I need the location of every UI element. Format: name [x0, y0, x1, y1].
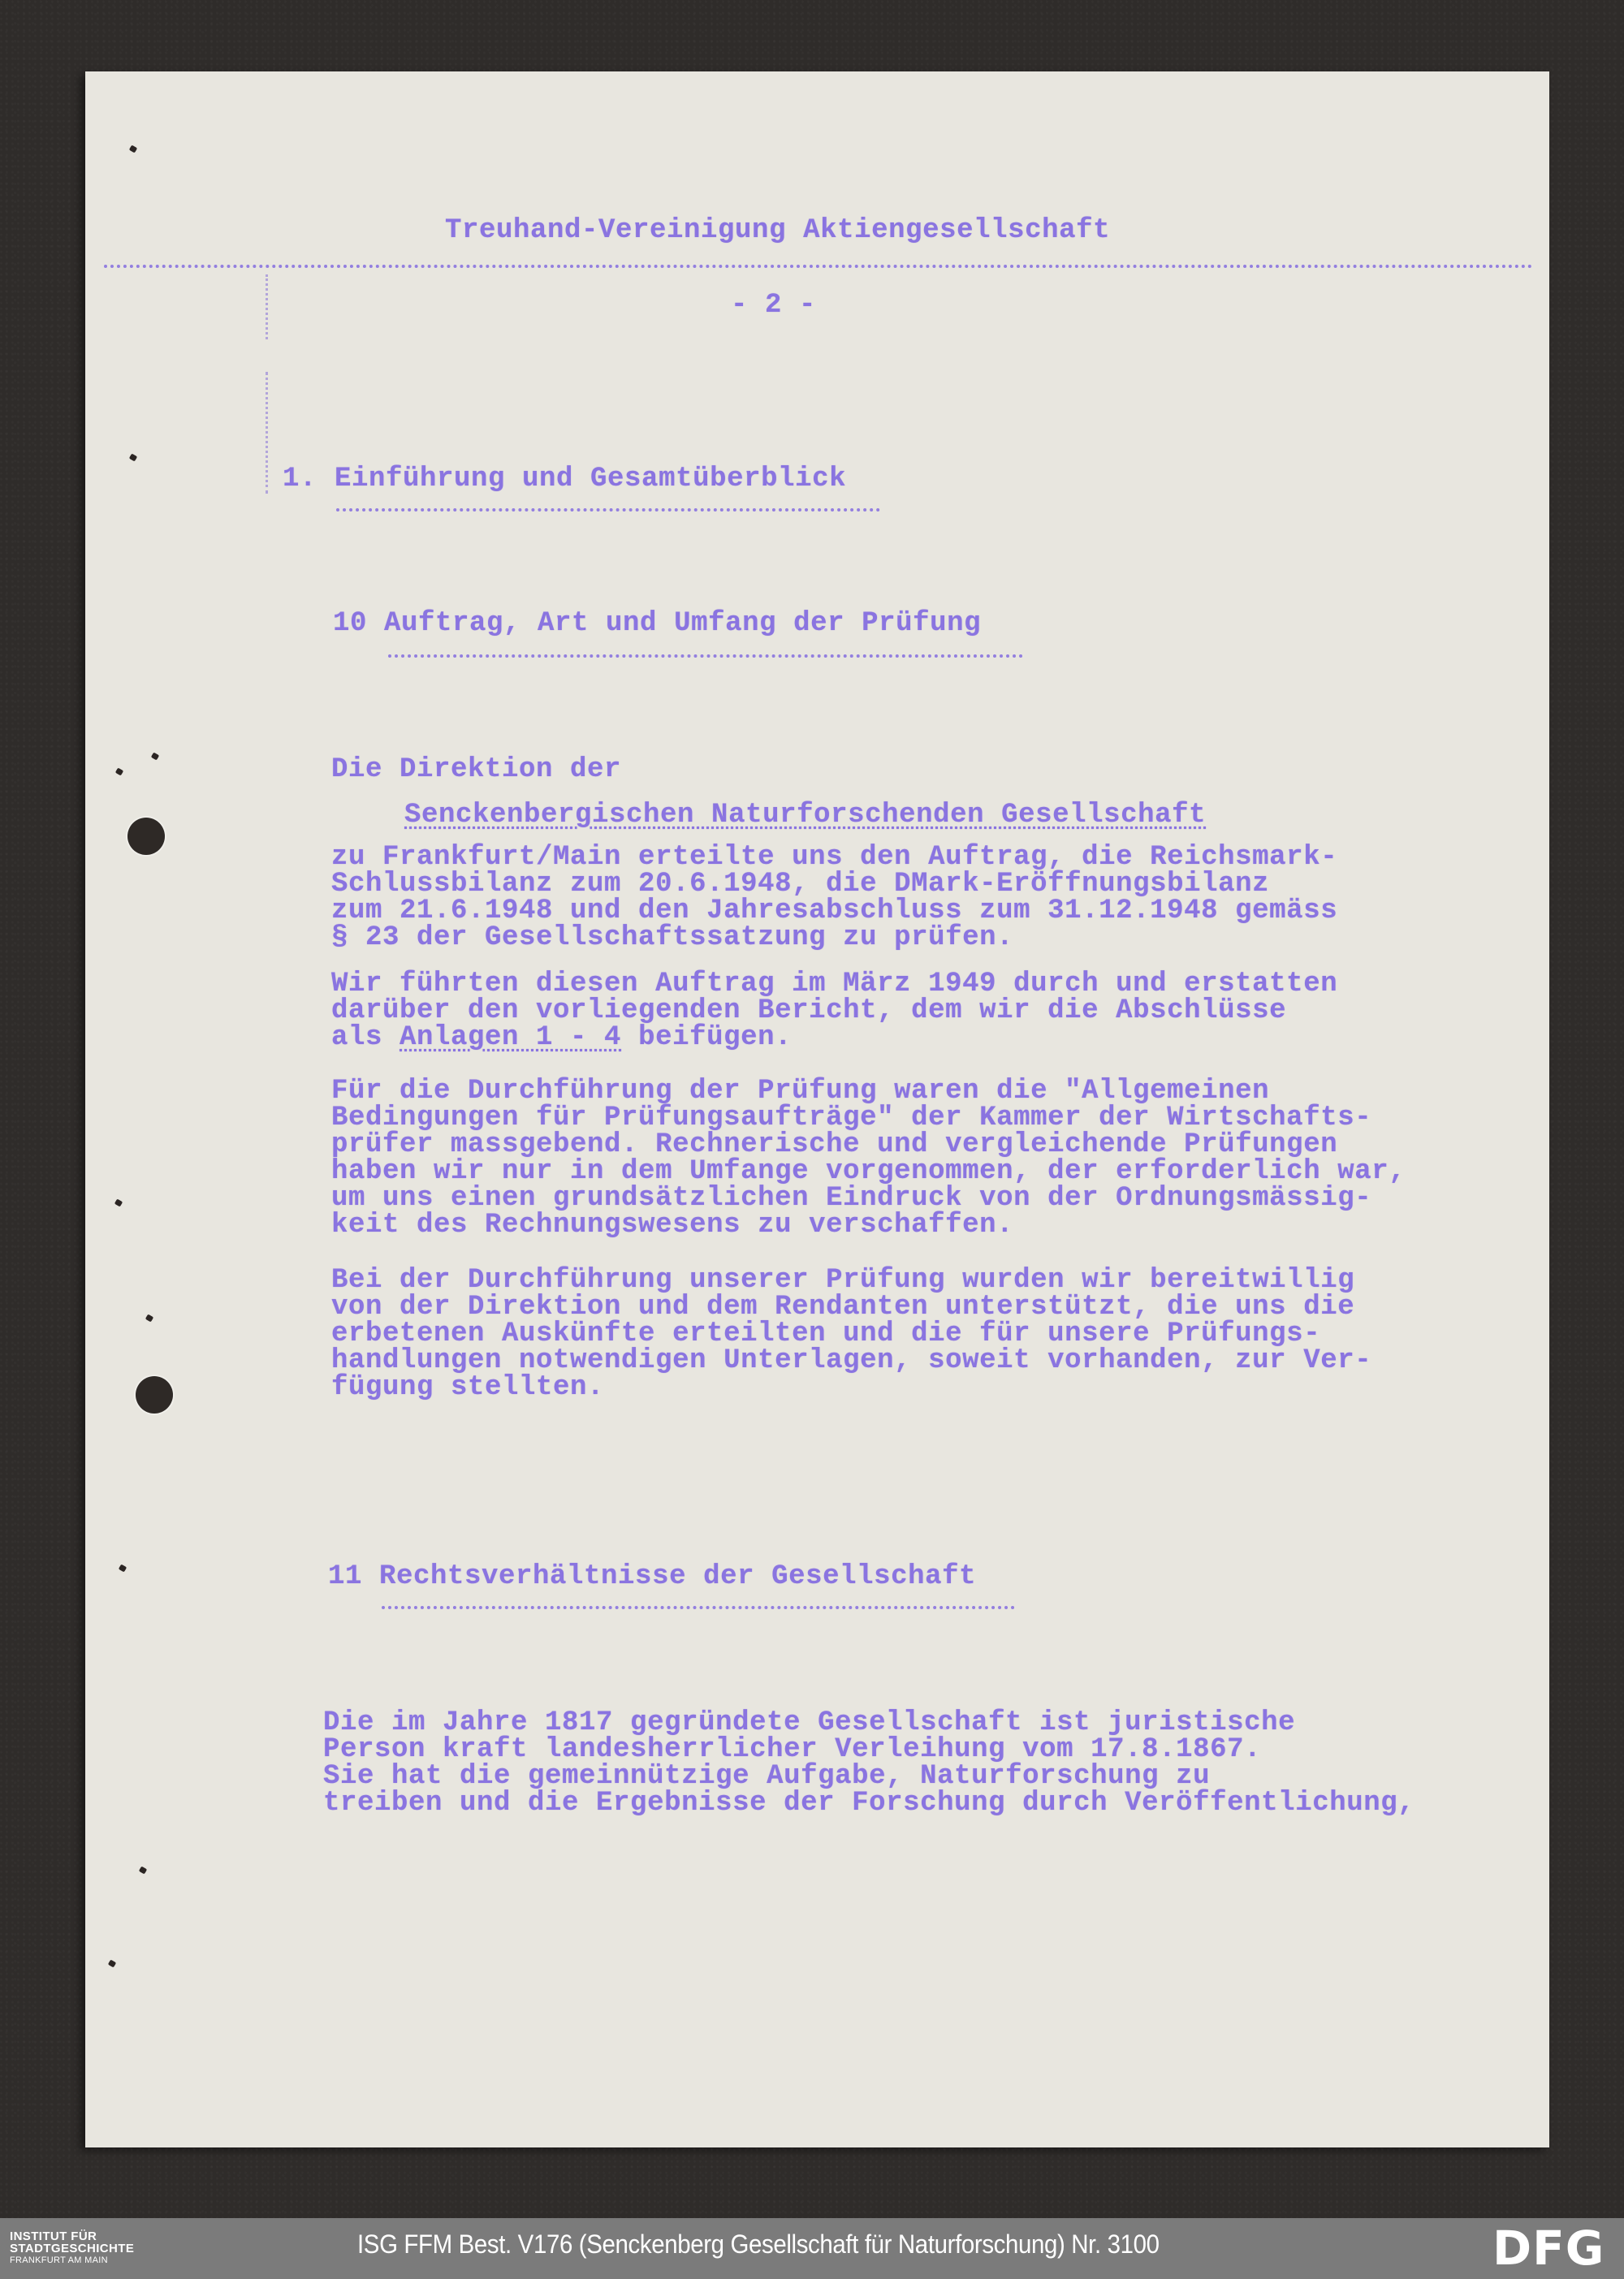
margin-speck — [151, 752, 159, 760]
margin-speck — [115, 767, 123, 775]
section-title-rule — [336, 508, 880, 511]
paragraph-line: Bei der Durchführung unserer Prüfung wur… — [331, 1267, 1354, 1294]
paragraph-line: Sie hat die gemeinnützige Aufgabe, Natur… — [323, 1763, 1210, 1790]
margin-speck — [108, 1959, 116, 1967]
paragraph-line: Wir führten diesen Auftrag im März 1949 … — [331, 971, 1337, 998]
paragraph-line: fügung stellten. — [331, 1375, 604, 1401]
archive-footer: INSTITUT FÜR STADTGESCHICHTE FRANKFURT A… — [0, 2218, 1624, 2279]
paragraph-line: haben wir nur in dem Umfange vorgenommen… — [331, 1159, 1406, 1185]
paragraph-line: Bedingungen für Prüfungsaufträge" der Ka… — [331, 1105, 1371, 1132]
paragraph-line: Schlussbilanz zum 20.6.1948, die DMark-E… — [331, 871, 1269, 898]
paragraph-line: als Anlagen 1 - 4 beifügen. — [331, 1025, 792, 1051]
paragraph-line: von der Direktion und dem Rendanten unte… — [331, 1294, 1354, 1321]
paragraph-line: Person kraft landesherrlicher Verleihung… — [323, 1737, 1261, 1763]
margin-speck — [145, 1314, 153, 1322]
paragraph-line: zum 21.6.1948 und den Jahresabschluss zu… — [331, 898, 1337, 925]
margin-dotted-mark — [266, 274, 270, 339]
paragraph-line: prüfer massgebend. Rechnerische und verg… — [331, 1132, 1337, 1159]
institution-line-3: FRANKFURT AM MAIN — [10, 2255, 134, 2267]
line-suffix: beifügen. — [621, 1022, 792, 1053]
paragraph-line: zu Frankfurt/Main erteilte uns den Auftr… — [331, 844, 1337, 871]
section-title: Einführung und Gesamtüberblick — [335, 466, 846, 493]
margin-speck — [129, 453, 137, 461]
attachments-reference: Anlagen 1 - 4 — [400, 1022, 621, 1053]
paragraph-line: keit des Rechnungswesens zu verschaffen. — [331, 1212, 1013, 1239]
margin-speck — [139, 1866, 147, 1874]
archive-citation: ISG FFM Best. V176 (Senckenberg Gesellsc… — [357, 2229, 1160, 2260]
paragraph-line: § 23 der Gesellschaftssatzung zu prüfen. — [331, 925, 1013, 952]
paragraph-line: Die im Jahre 1817 gegründete Gesellschaf… — [323, 1710, 1295, 1737]
margin-dotted-mark — [266, 372, 270, 494]
paragraph-line: um uns einen grundsätzlichen Eindruck vo… — [331, 1185, 1371, 1212]
letterhead-rule — [104, 265, 1533, 268]
paragraph-line: Für die Durchführung der Prüfung waren d… — [331, 1078, 1269, 1105]
institution-logo: INSTITUT FÜR STADTGESCHICHTE FRANKFURT A… — [10, 2230, 134, 2267]
subsection-11-rule — [382, 1606, 1015, 1609]
dfg-logo-icon: DFG — [1492, 2225, 1605, 2272]
paragraph-line: handlungen notwendigen Unterlagen, sowei… — [331, 1348, 1371, 1375]
intro-line: Die Direktion der — [331, 757, 621, 783]
organization-name: Senckenbergischen Naturforschenden Gesel… — [404, 802, 1206, 829]
paragraph-line: treiben und die Ergebnisse der Forschung… — [323, 1790, 1415, 1817]
margin-speck — [114, 1198, 123, 1206]
margin-speck — [129, 145, 137, 153]
margin-speck — [119, 1564, 127, 1572]
line-prefix: als — [331, 1022, 400, 1053]
subsection-11-heading: 11 Rechtsverhältnisse der Gesellschaft — [328, 1564, 976, 1591]
subsection-10-rule — [388, 654, 1023, 658]
institution-line-2: STADTGESCHICHTE — [10, 2242, 134, 2255]
paragraph-line: darüber den vorliegenden Bericht, dem wi… — [331, 998, 1286, 1025]
section-number: 1. — [283, 466, 317, 493]
punch-hole-bottom — [136, 1376, 173, 1414]
page-number: - 2 - — [731, 292, 816, 319]
institution-line-1: INSTITUT FÜR — [10, 2230, 134, 2242]
subsection-10-heading: 10 Auftrag, Art und Umfang der Prüfung — [333, 611, 981, 637]
letterhead-title: Treuhand-Vereinigung Aktiengesellschaft — [445, 218, 1110, 244]
paragraph-line: erbetenen Auskünfte erteilten und die fü… — [331, 1321, 1320, 1348]
punch-hole-top — [127, 818, 165, 855]
